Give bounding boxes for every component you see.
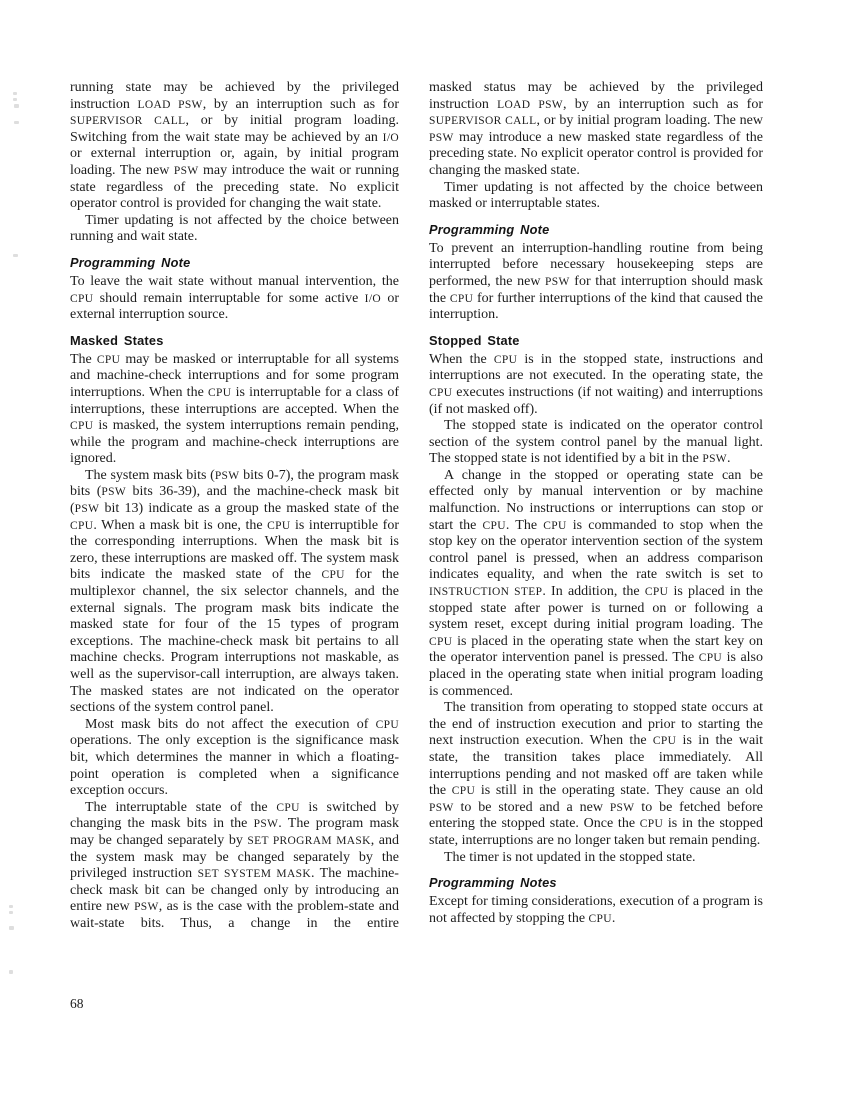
paragraph: Except for timing considerations, execut… — [429, 894, 763, 927]
small-caps-term: CPU — [452, 785, 475, 797]
small-caps-term: PSW — [429, 132, 454, 144]
scan-artifact — [13, 92, 17, 95]
small-caps-term: CPU — [699, 652, 722, 664]
paragraph: The interruptable state of the CPU is sw… — [70, 800, 399, 933]
small-caps-term: CPU — [97, 354, 120, 366]
small-caps-term: PSW — [134, 901, 159, 913]
page-number: 68 — [70, 996, 84, 1012]
small-caps-term: CPU — [429, 387, 452, 399]
scan-artifact — [13, 98, 17, 101]
scan-artifact — [14, 121, 19, 124]
right-column: masked status may be achieved by the pri… — [429, 80, 763, 927]
paragraph: The transition from operating to stopped… — [429, 700, 763, 849]
paragraph: A change in the stopped or operating sta… — [429, 468, 763, 700]
small-caps-term: CPU — [640, 818, 663, 830]
small-caps-term: LOAD PSW — [138, 99, 203, 111]
paragraph: The timer is not updated in the stopped … — [429, 850, 763, 867]
section-heading-stopped-state: Stopped State — [429, 333, 763, 348]
small-caps-term: CPU — [70, 520, 93, 532]
scan-artifact — [9, 905, 13, 908]
paragraph: To prevent an interruption-handling rout… — [429, 241, 763, 324]
small-caps-term: CPU — [267, 520, 290, 532]
small-caps-term: SET PROGRAM MASK — [247, 835, 370, 847]
paragraph: The CPU may be masked or interruptable f… — [70, 352, 399, 468]
small-caps-term: PSW — [101, 486, 126, 498]
small-caps-term: CPU — [376, 719, 399, 731]
small-caps-term: CPU — [70, 420, 93, 432]
paragraph: The system mask bits (PSW bits 0-7), the… — [70, 468, 399, 717]
small-caps-term: PSW — [610, 802, 635, 814]
section-heading-masked-states: Masked States — [70, 333, 399, 348]
small-caps-term: PSW — [174, 165, 199, 177]
small-caps-term: I/O — [365, 293, 381, 305]
scan-artifact — [9, 911, 13, 914]
paragraph: When the CPU is in the stopped state, in… — [429, 352, 763, 418]
paragraph: masked status may be achieved by the pri… — [429, 80, 763, 180]
small-caps-term: CPU — [450, 293, 473, 305]
small-caps-term: CPU — [321, 569, 344, 581]
small-caps-term: CPU — [276, 802, 299, 814]
small-caps-term: SUPERVISOR CALL — [70, 115, 185, 127]
section-heading-programming-note: Programming Note — [70, 255, 399, 270]
paragraph: Most mask bits do not affect the executi… — [70, 717, 399, 800]
paragraph: The stopped state is indicated on the op… — [429, 418, 763, 468]
small-caps-term: CPU — [70, 293, 93, 305]
small-caps-term: CPU — [645, 586, 668, 598]
left-column: running state may be achieved by the pri… — [70, 80, 399, 933]
paragraph: Timer updating is not affected by the ch… — [429, 180, 763, 213]
small-caps-term: PSW — [545, 276, 570, 288]
paragraph: running state may be achieved by the pri… — [70, 80, 399, 213]
small-caps-term: LOAD PSW — [497, 99, 563, 111]
small-caps-term: CPU — [429, 636, 452, 648]
small-caps-term: CPU — [483, 520, 506, 532]
small-caps-term: PSW — [75, 503, 100, 515]
small-caps-term: SUPERVISOR CALL — [429, 115, 537, 127]
paragraph: To leave the wait state without manual i… — [70, 274, 399, 324]
section-heading-programming-notes: Programming Notes — [429, 875, 763, 890]
manual-page: running state may be achieved by the pri… — [0, 0, 849, 1100]
small-caps-term: PSW — [254, 818, 279, 830]
paragraph: Timer updating is not affected by the ch… — [70, 213, 399, 246]
small-caps-term: I/O — [383, 132, 399, 144]
scan-artifact — [9, 926, 14, 930]
scan-artifact — [14, 104, 19, 108]
section-heading-programming-note: Programming Note — [429, 222, 763, 237]
small-caps-term: SET SYSTEM MASK — [198, 868, 311, 880]
small-caps-term: PSW — [429, 802, 454, 814]
small-caps-term: CPU — [494, 354, 517, 366]
small-caps-term: PSW — [702, 453, 727, 465]
small-caps-term: CPU — [208, 387, 231, 399]
small-caps-term: INSTRUCTION STEP — [429, 586, 542, 598]
scan-artifact — [9, 970, 13, 974]
small-caps-term: CPU — [653, 735, 676, 747]
small-caps-term: CPU — [543, 520, 566, 532]
scan-artifact — [13, 254, 18, 257]
small-caps-term: PSW — [215, 470, 240, 482]
small-caps-term: CPU — [589, 913, 612, 925]
